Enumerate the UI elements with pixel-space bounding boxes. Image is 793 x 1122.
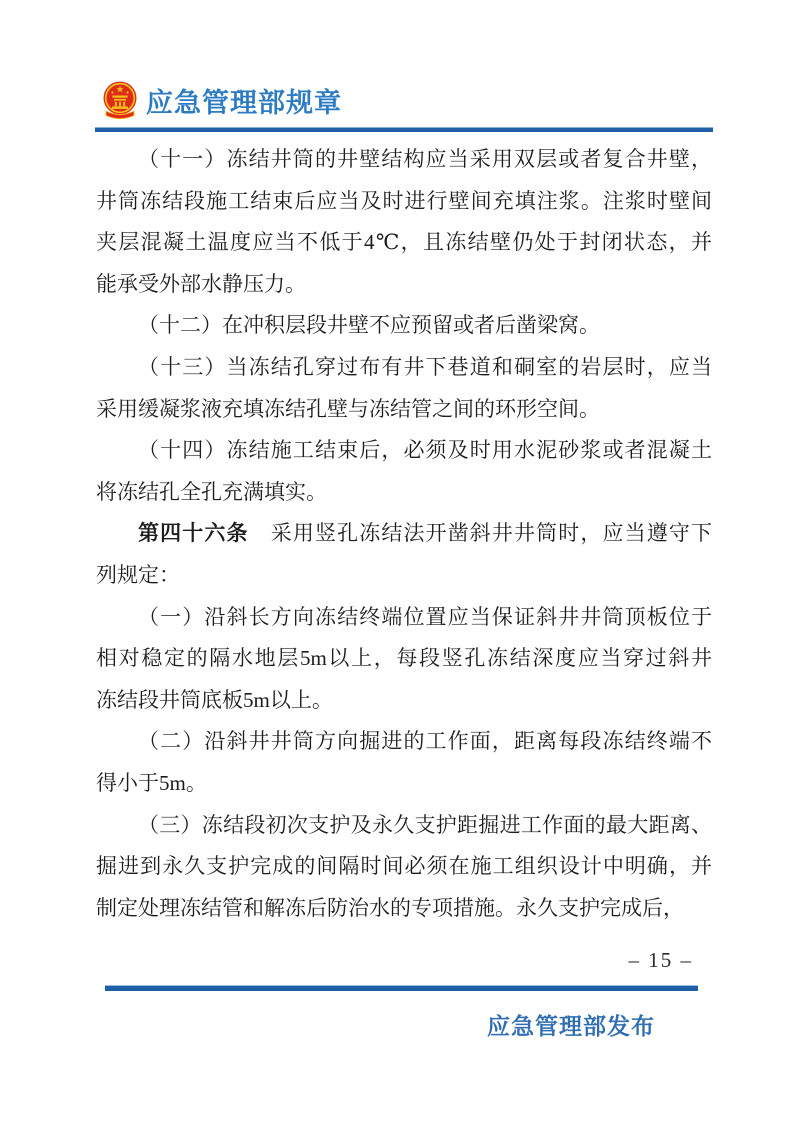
text-line: 采用缓凝浆液充填冻结孔壁与冻结管之间的环形空间。	[96, 389, 712, 431]
text-line: （十一）冻结井筒的井壁结构应当采用双层或者复合井壁，	[96, 139, 712, 181]
text-line: 夹层混凝土温度应当不低于4℃，且冻结壁仍处于封闭状态，并	[96, 222, 712, 264]
text-line: 掘进到永久支护完成的间隔时间必须在施工组织设计中明确，并	[96, 846, 712, 888]
text-line: （三）冻结段初次支护及永久支护距掘进工作面的最大距离、	[96, 805, 712, 847]
text-line: 制定处理冻结管和解冻后防治水的专项措施。永久支护完成后，	[96, 888, 712, 930]
text-line: 列规定：	[96, 555, 712, 597]
text-line: 第四十六条 采用竖孔冻结法开凿斜井井筒时，应当遵守下	[96, 513, 712, 555]
text-line: （十四）冻结施工结束后，必须及时用水泥砂浆或者混凝土	[96, 430, 712, 472]
text-line: （二）沿斜井井筒方向掘进的工作面，距离每段冻结终端不	[96, 721, 712, 763]
document-page: 应急管理部规章 （十一）冻结井筒的井壁结构应当采用双层或者复合井壁，井筒冻结段施…	[0, 0, 793, 1122]
document-body: （十一）冻结井筒的井壁结构应当采用双层或者复合井壁，井筒冻结段施工结束后应当及时…	[96, 139, 712, 929]
text-line: 将冻结孔全孔充满填实。	[96, 472, 712, 514]
text-line: 井筒冻结段施工结束后应当及时进行壁间充填注浆。注浆时壁间	[96, 181, 712, 223]
publisher-label: 应急管理部发布	[487, 1008, 655, 1041]
text-line: （十三）当冻结孔穿过布有井下巷道和硐室的岩层时，应当	[96, 347, 712, 389]
footer-rule	[105, 985, 698, 991]
header-title: 应急管理部规章	[146, 81, 342, 120]
national-emblem-icon	[101, 80, 139, 121]
page-header: 应急管理部规章	[101, 80, 342, 121]
header-rule	[95, 127, 713, 132]
text-line: 得小于5m。	[96, 763, 712, 805]
page-number: – 15 –	[629, 948, 694, 973]
text-line: （一）沿斜长方向冻结终端位置应当保证斜井井筒顶板位于	[96, 597, 712, 639]
text-line: 冻结段井筒底板5m以上。	[96, 680, 712, 722]
text-line: 相对稳定的隔水地层5m以上，每段竖孔冻结深度应当穿过斜井	[96, 638, 712, 680]
text-line: 能承受外部水静压力。	[96, 264, 712, 306]
text-line: （十二）在冲积层段井壁不应预留或者后凿梁窝。	[96, 305, 712, 347]
article-number-bold: 第四十六条	[138, 521, 249, 545]
